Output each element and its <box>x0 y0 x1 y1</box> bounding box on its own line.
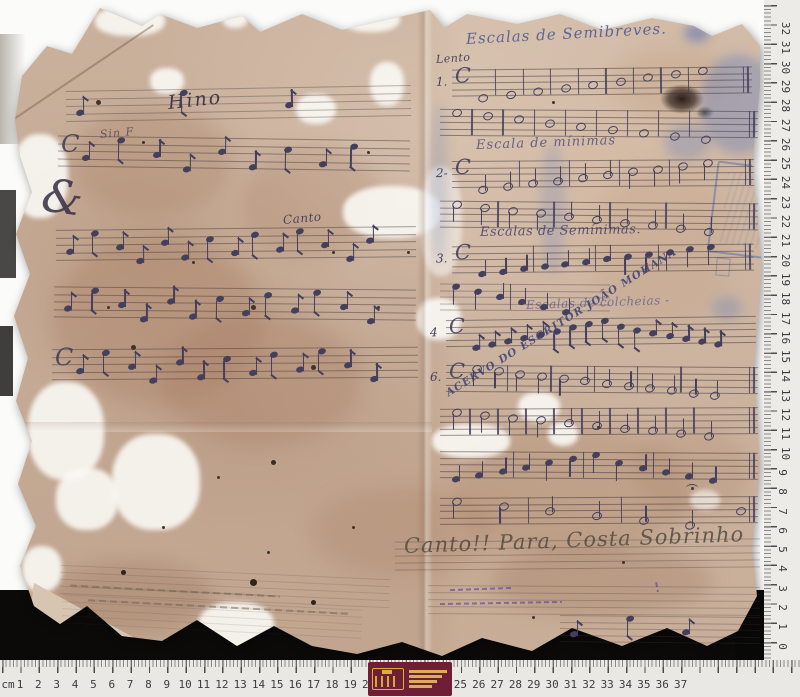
ruler-number: 26 <box>779 138 792 151</box>
ruler-number: 31 <box>564 678 577 691</box>
music-note <box>505 89 517 100</box>
scale-row-final <box>440 496 758 526</box>
final-barline <box>753 111 755 137</box>
staff-line <box>66 85 411 92</box>
barline <box>495 69 497 95</box>
staff-line <box>66 92 411 99</box>
ruler-number: 27 <box>490 678 503 691</box>
note-stem <box>682 419 683 435</box>
barline <box>594 366 595 392</box>
barline <box>518 161 519 187</box>
clef-mark: C <box>61 130 80 158</box>
note-stem <box>552 496 553 512</box>
ruler-number: 36 <box>656 678 669 691</box>
staff-line <box>560 621 760 624</box>
music-notation-layer: & Escalas de Semibreves.LentoEscala de m… <box>0 0 800 697</box>
staff-line <box>58 158 410 164</box>
staff-line <box>440 471 758 474</box>
barline <box>497 409 498 435</box>
vertical-cm-ruler: 3231302928272625242322212019181716151413… <box>764 0 800 660</box>
title-escalas-semibreves: Escalas de Semibreves. <box>466 19 668 47</box>
staff-line <box>452 86 752 90</box>
staff-line <box>452 79 752 83</box>
staff-line <box>56 226 416 231</box>
note-stem <box>609 245 611 261</box>
staff-line <box>428 599 760 602</box>
ruler-number: 24 <box>779 176 792 189</box>
barline <box>522 69 524 95</box>
music-note <box>619 423 631 434</box>
barline <box>525 408 526 434</box>
note-stem <box>499 508 500 524</box>
left-system-2: C <box>58 136 410 173</box>
note-stem <box>509 172 511 188</box>
music-note <box>647 221 659 232</box>
staff-line <box>60 579 390 594</box>
staff-number-label: 2- <box>436 166 448 180</box>
music-note <box>544 506 556 517</box>
barline <box>581 408 582 434</box>
barline <box>680 367 681 393</box>
ruler-number: 18 <box>779 292 792 305</box>
ruler-number: 30 <box>779 60 792 73</box>
ruler-number: 11 <box>779 427 792 440</box>
staff-line <box>56 241 416 246</box>
staff-line <box>452 178 754 181</box>
clef-mark: C <box>455 63 471 87</box>
note-stem <box>472 370 474 386</box>
staff-line <box>440 122 758 125</box>
final-barline <box>753 367 755 393</box>
barline <box>553 202 555 228</box>
music-note <box>482 111 494 122</box>
ruler-number: 7 <box>776 508 789 515</box>
staff-line <box>66 107 411 114</box>
staff-line <box>54 301 416 305</box>
note-stem <box>480 209 482 225</box>
ruler-number: 32 <box>779 22 792 35</box>
barline <box>605 68 607 94</box>
staff-line <box>66 100 411 107</box>
music-note <box>607 124 619 135</box>
note-stem <box>458 465 459 481</box>
final-barline <box>753 453 755 479</box>
music-note <box>688 388 700 399</box>
note-stem <box>653 170 655 186</box>
note-stem <box>695 378 697 394</box>
staff-line <box>54 309 416 313</box>
note-stem <box>516 375 518 391</box>
note-stem <box>626 208 628 224</box>
note-stem <box>547 253 549 269</box>
music-note <box>703 227 715 238</box>
ruler-number: 12 <box>779 408 792 421</box>
dedication-staff <box>395 538 760 571</box>
note-stem <box>666 254 668 270</box>
note-stem <box>598 411 599 427</box>
music-note <box>669 131 681 142</box>
ruler-number: 25 <box>779 157 792 170</box>
note-stem <box>598 501 599 517</box>
scale-semibreves-desc <box>440 109 758 139</box>
note-stem <box>570 408 571 424</box>
barline <box>471 109 472 135</box>
ruler-number: 32 <box>582 678 595 691</box>
note-stem <box>598 205 600 221</box>
note-stem <box>474 294 475 310</box>
clef-mark: C <box>55 343 74 371</box>
note-stem <box>546 293 547 309</box>
note-stem <box>485 175 487 191</box>
ruler-number: 3 <box>53 678 60 691</box>
barline <box>578 68 580 94</box>
note-stem <box>508 419 509 435</box>
barline <box>637 366 638 392</box>
final-barline <box>753 407 755 433</box>
clef-mark: C <box>449 314 465 338</box>
note-stem <box>673 376 675 392</box>
ruler-number: 4 <box>72 678 79 691</box>
barline <box>568 160 569 186</box>
barline <box>553 408 554 434</box>
archive-logo <box>368 662 452 696</box>
final-barline <box>749 367 750 393</box>
staff-line <box>395 545 760 549</box>
staff-line <box>56 256 416 261</box>
note-stem <box>526 255 528 271</box>
staff-line <box>60 572 390 587</box>
final-barline <box>753 203 755 229</box>
scale-row-6: 6.C <box>446 365 758 395</box>
ruler-number: 17 <box>307 678 320 691</box>
scale-seminimas-desc <box>440 284 610 313</box>
final-barline <box>747 66 749 92</box>
ruler-number: 18 <box>325 678 338 691</box>
ruler-number: 29 <box>779 80 792 93</box>
barline <box>653 452 654 478</box>
barline <box>596 110 597 136</box>
staff-number-label: 3. <box>436 251 448 265</box>
ruler-number: 2 <box>35 678 42 691</box>
staff-line <box>395 552 760 556</box>
note-stem <box>710 421 711 437</box>
staff-line <box>58 136 410 142</box>
staff-line <box>395 559 760 563</box>
left-system-5: C <box>52 347 418 382</box>
staff-line <box>452 92 752 96</box>
staff-number-label: 4 <box>430 325 438 339</box>
ruler-number: 2 <box>776 604 789 611</box>
ruler-number: 22 <box>779 215 792 228</box>
ruler-number: 1 <box>776 623 789 630</box>
barline <box>510 284 511 310</box>
note-stem <box>546 465 547 481</box>
barline <box>533 110 534 136</box>
ruler-number: 14 <box>252 678 265 691</box>
barline <box>621 497 622 523</box>
music-note <box>703 431 715 442</box>
ruler-number: cm <box>1 678 14 691</box>
note-stem <box>537 378 539 394</box>
music-note <box>560 83 572 94</box>
note-stem <box>508 212 510 228</box>
note-stem <box>668 458 669 474</box>
barline <box>627 110 628 136</box>
staff-line <box>56 234 416 239</box>
music-note <box>675 224 687 235</box>
staff-line <box>54 316 416 320</box>
music-note <box>577 173 589 184</box>
music-note <box>513 115 525 126</box>
staff-line <box>446 371 758 374</box>
music-note <box>552 176 564 187</box>
staff-line <box>440 496 758 499</box>
note-stem <box>452 414 453 430</box>
music-note <box>666 386 678 397</box>
scale-row-7 <box>440 407 758 437</box>
note-stem <box>452 289 453 305</box>
ruler-number: 15 <box>270 678 283 691</box>
ruler-number: 12 <box>215 678 228 691</box>
note-stem <box>645 506 646 522</box>
ruler-number: 4 <box>776 566 789 573</box>
note-flag <box>633 346 640 352</box>
ruler-number: 8 <box>145 678 152 691</box>
barline <box>532 246 534 272</box>
note-stem <box>482 461 483 477</box>
ruler-number: 6 <box>108 678 115 691</box>
final-barline <box>749 496 750 522</box>
note-stem <box>628 173 630 189</box>
music-note <box>619 218 631 229</box>
barline <box>665 408 666 434</box>
note-stem <box>452 206 454 222</box>
staff-line <box>440 407 758 410</box>
staff-line <box>440 284 610 286</box>
ruler-number: 35 <box>637 678 650 691</box>
note-stem <box>534 169 536 185</box>
left-system-1 <box>66 85 412 123</box>
ruler-number: 10 <box>179 678 192 691</box>
staff-line <box>66 115 411 122</box>
staff-line <box>440 310 610 312</box>
note-stem <box>494 373 496 389</box>
note-stem <box>692 511 693 527</box>
clef-mark: C <box>455 155 471 179</box>
note-stem <box>652 374 654 390</box>
music-note <box>647 426 659 437</box>
note-stem <box>589 248 591 264</box>
final-barline <box>749 453 750 479</box>
final-barline <box>749 407 750 433</box>
ruler-number: 31 <box>779 41 792 54</box>
note-stem <box>645 257 647 273</box>
clef-mark: C <box>449 359 465 383</box>
barline <box>502 109 503 135</box>
note-stem <box>569 461 570 477</box>
note-stem <box>682 214 684 230</box>
final-barline <box>753 496 755 522</box>
barline <box>528 497 529 523</box>
staff-line <box>440 128 758 131</box>
note-stem <box>505 457 506 473</box>
note-stem <box>524 288 525 304</box>
left-system-3 <box>56 226 416 262</box>
clef-mark: C <box>455 240 471 264</box>
note-stem <box>715 467 716 483</box>
left-system-4 <box>54 286 416 321</box>
ruler-number: 9 <box>163 678 170 691</box>
note-stem <box>568 250 570 266</box>
ruler-number: 19 <box>779 273 792 286</box>
staff-line <box>54 286 416 290</box>
music-note <box>451 108 463 119</box>
scale-minimas-asc: 2-C <box>452 159 754 189</box>
ruler-number: 10 <box>779 446 792 459</box>
ruler-number: 17 <box>779 311 792 324</box>
scale-semibreves-asc: 1.C <box>452 66 752 97</box>
ruler-number: 30 <box>546 678 559 691</box>
staff-line <box>61 565 391 580</box>
note-stem <box>350 149 352 167</box>
staff-line <box>52 377 418 381</box>
music-note <box>591 215 603 226</box>
barline <box>657 245 659 271</box>
note-stem <box>452 503 453 519</box>
note-stem <box>645 454 646 470</box>
ruler-number: 23 <box>779 196 792 209</box>
ruler-number: 26 <box>472 678 485 691</box>
note-stem <box>536 215 538 231</box>
logo-text-lines <box>409 670 447 688</box>
note-stem <box>687 252 689 268</box>
ruler-number: 21 <box>779 234 792 247</box>
ruler-number: 33 <box>601 678 614 691</box>
barline <box>660 67 662 93</box>
barline <box>609 408 610 434</box>
archival-scan: & Escalas de Semibreves.LentoEscala de m… <box>0 0 800 697</box>
barline <box>469 409 470 435</box>
scale-minimas-desc <box>440 201 758 232</box>
staff-line <box>452 185 754 188</box>
staff-line <box>428 592 760 595</box>
note-stem <box>630 371 632 387</box>
ruler-number: 14 <box>779 369 792 382</box>
staff-line <box>440 458 758 461</box>
music-note <box>700 134 712 145</box>
ruler-number: 16 <box>289 678 302 691</box>
note-stem <box>609 160 611 176</box>
barline <box>668 160 669 186</box>
ruler-number: 29 <box>527 678 540 691</box>
note-stem <box>692 462 693 478</box>
ruler-number: 5 <box>776 546 789 553</box>
ruler-number: 11 <box>197 678 210 691</box>
note-stem <box>505 258 507 274</box>
barline <box>637 408 638 434</box>
note-flag <box>553 347 560 353</box>
barline <box>658 110 659 136</box>
staff-number-label: 6. <box>430 369 442 383</box>
staff-line <box>560 641 760 644</box>
final-barline <box>749 244 751 270</box>
music-note <box>670 69 682 80</box>
note-stem <box>587 366 589 382</box>
ruler-number: 0 <box>776 643 789 650</box>
barline <box>507 365 508 391</box>
note-stem <box>708 249 710 265</box>
note-stem <box>654 416 655 432</box>
staff-line <box>452 73 752 77</box>
staff-line <box>428 585 760 588</box>
staff-line <box>52 369 418 373</box>
barline <box>583 452 584 478</box>
note-stem <box>608 369 610 385</box>
music-note <box>615 76 627 87</box>
note-stem <box>624 259 626 275</box>
ruler-number: 34 <box>619 678 632 691</box>
staff-line <box>446 365 758 368</box>
note-stem <box>485 260 487 276</box>
final-barline <box>749 111 750 137</box>
barline <box>693 407 694 433</box>
barline <box>633 68 635 94</box>
music-note <box>502 182 514 193</box>
note-stem <box>480 417 481 433</box>
ruler-number: 25 <box>454 678 467 691</box>
barline <box>665 203 667 229</box>
staff-line <box>52 362 418 366</box>
note-stem <box>654 211 656 227</box>
note-stem <box>717 381 719 397</box>
final-barline <box>749 159 751 185</box>
note-stem <box>559 380 561 396</box>
staff-line <box>58 151 410 157</box>
final-barline <box>745 244 747 270</box>
note-stem <box>528 453 529 469</box>
staff-line <box>54 294 416 298</box>
ruler-number: 9 <box>776 469 789 476</box>
ruler-number: 16 <box>779 331 792 344</box>
note-stem <box>570 202 572 218</box>
barline <box>565 110 566 136</box>
music-note <box>591 421 603 432</box>
annotation-canto-left: Canto <box>282 210 322 227</box>
fermata-icon <box>686 484 698 492</box>
ruler-number: 37 <box>674 678 687 691</box>
final-barline <box>749 203 751 229</box>
barline <box>689 111 690 137</box>
note-stem <box>502 283 503 299</box>
note-stem <box>626 414 627 430</box>
barline <box>595 245 597 271</box>
ruler-number: 5 <box>90 678 97 691</box>
staff-line <box>395 566 760 570</box>
note-stem <box>536 422 537 438</box>
ruler-number: 19 <box>344 678 357 691</box>
staff-line <box>452 270 754 274</box>
barline <box>497 201 499 227</box>
scale-row-8 <box>440 451 758 481</box>
note-stem <box>616 466 617 482</box>
treble-clef-icon: & <box>38 167 86 226</box>
faint-staff-1 <box>428 585 760 617</box>
ruler-number: 20 <box>779 253 792 266</box>
ruler-number: 28 <box>779 99 792 112</box>
ruler-number: 6 <box>776 527 789 534</box>
note-stem <box>710 217 712 233</box>
staff-line <box>428 606 760 609</box>
